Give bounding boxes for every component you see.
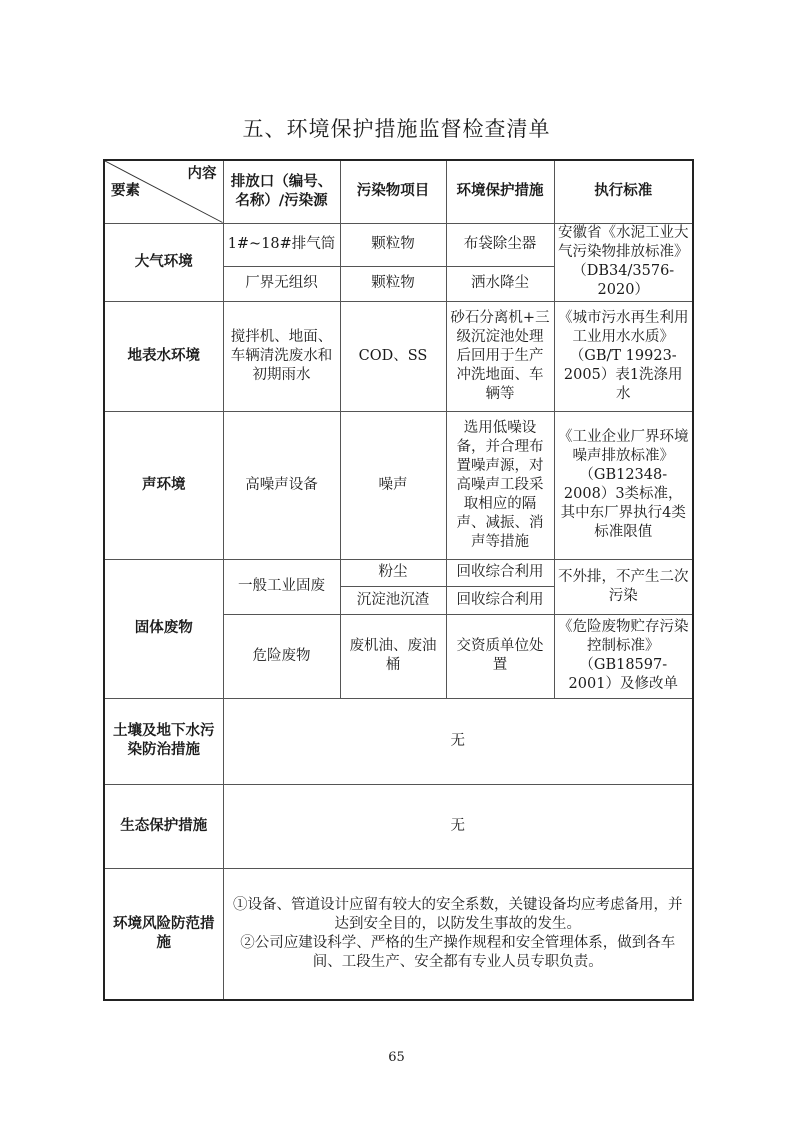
corner-content-label: 内容 xyxy=(188,165,217,184)
cell-source: 1#~18#排气筒 xyxy=(223,223,340,266)
page-number: 65 xyxy=(0,1050,793,1065)
risk-item-2: ②公司应建设科学、严格的生产操作规程和安全管理体系，做到各车间、工段生产、安全都… xyxy=(227,934,690,972)
cell-source: 厂界无组织 xyxy=(223,266,340,301)
row-label-air: 大气环境 xyxy=(104,223,223,301)
row-label-soil: 土壤及地下水污染防治措施 xyxy=(104,698,223,784)
cell-measure: 交资质单位处置 xyxy=(446,614,554,698)
cell-eco-value: 无 xyxy=(223,784,693,868)
cell-standard: 不外排，不产生二次污染 xyxy=(554,559,693,614)
table-row: 生态保护措施 无 xyxy=(104,784,693,868)
table-row: 环境风险防范措施 ①设备、管道设计应留有较大的安全系数，关键设备均应考虑备用，并… xyxy=(104,868,693,1000)
cell-measure: 回收综合利用 xyxy=(446,559,554,586)
cell-source: 搅拌机、地面、车辆清洗废水和初期雨水 xyxy=(223,301,340,411)
corner-element-label: 要素 xyxy=(111,182,140,201)
cell-pollutant: 粉尘 xyxy=(340,559,446,586)
row-label-risk: 环境风险防范措施 xyxy=(104,868,223,1000)
cell-soil-value: 无 xyxy=(223,698,693,784)
cell-source: 一般工业固废 xyxy=(223,559,340,614)
cell-measure: 砂石分离机+三级沉淀池处理后回用于生产冲洗地面、车辆等 xyxy=(446,301,554,411)
cell-source: 危险废物 xyxy=(223,614,340,698)
cell-source: 高噪声设备 xyxy=(223,411,340,559)
header-measure: 环境保护措施 xyxy=(446,160,554,223)
row-label-eco: 生态保护措施 xyxy=(104,784,223,868)
row-label-noise: 声环境 xyxy=(104,411,223,559)
page-title: 五、环境保护措施监督检查清单 xyxy=(0,113,793,143)
header-standard: 执行标准 xyxy=(554,160,693,223)
row-label-solid: 固体废物 xyxy=(104,559,223,698)
cell-pollutant: 沉淀池沉渣 xyxy=(340,586,446,614)
cell-pollutant: 噪声 xyxy=(340,411,446,559)
header-source: 排放口（编号、名称）/污染源 xyxy=(223,160,340,223)
corner-header-cell: 内容 要素 xyxy=(104,160,223,223)
table-row: 固体废物 一般工业固废 粉尘 回收综合利用 不外排，不产生二次污染 xyxy=(104,559,693,586)
cell-measure: 选用低噪设备，并合理布置噪声源，对高噪声工段采取相应的隔声、减振、消声等措施 xyxy=(446,411,554,559)
table-row: 大气环境 1#~18#排气筒 颗粒物 布袋除尘器 安徽省《水泥工业大气污染物排放… xyxy=(104,223,693,266)
risk-item-1: ①设备、管道设计应留有较大的安全系数，关键设备均应考虑备用，并达到安全目的，以防… xyxy=(227,896,690,934)
cell-measure: 洒水降尘 xyxy=(446,266,554,301)
header-row: 内容 要素 排放口（编号、名称）/污染源 污染物项目 环境保护措施 执行标准 xyxy=(104,160,693,223)
table-row: 声环境 高噪声设备 噪声 选用低噪设备，并合理布置噪声源，对高噪声工段采取相应的… xyxy=(104,411,693,559)
cell-risk-measures: ①设备、管道设计应留有较大的安全系数，关键设备均应考虑备用，并达到安全目的，以防… xyxy=(223,868,693,1000)
cell-pollutant: 颗粒物 xyxy=(340,223,446,266)
table-row: 土壤及地下水污染防治措施 无 xyxy=(104,698,693,784)
cell-pollutant: 颗粒物 xyxy=(340,266,446,301)
table-row: 地表水环境 搅拌机、地面、车辆清洗废水和初期雨水 COD、SS 砂石分离机+三级… xyxy=(104,301,693,411)
cell-pollutant: COD、SS xyxy=(340,301,446,411)
cell-measure: 回收综合利用 xyxy=(446,586,554,614)
cell-measure: 布袋除尘器 xyxy=(446,223,554,266)
row-label-water: 地表水环境 xyxy=(104,301,223,411)
cell-standard: 安徽省《水泥工业大气污染物排放标准》（DB34/3576-2020） xyxy=(554,223,693,301)
cell-pollutant: 废机油、废油桶 xyxy=(340,614,446,698)
cell-standard: 《危险废物贮存污染控制标准》（GB18597-2001）及修改单 xyxy=(554,614,693,698)
cell-standard: 《工业企业厂界环境噪声排放标准》（GB12348-2008）3类标准，其中东厂界… xyxy=(554,411,693,559)
checklist-table: 内容 要素 排放口（编号、名称）/污染源 污染物项目 环境保护措施 执行标准 大… xyxy=(103,159,694,1001)
header-pollutant: 污染物项目 xyxy=(340,160,446,223)
cell-standard: 《城市污水再生利用 工业用水水质》（GB/T 19923-2005）表1洗涤用水 xyxy=(554,301,693,411)
